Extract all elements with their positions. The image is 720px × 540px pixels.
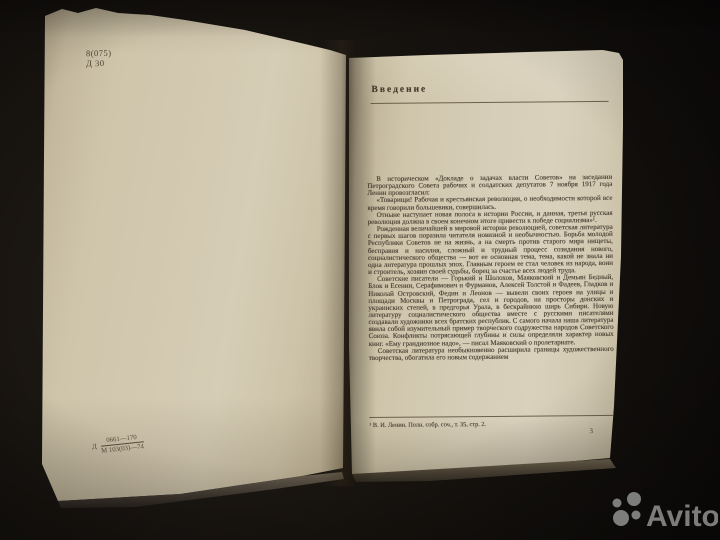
- left-page: 8(075) Д 30 Д 0661—170 М 103(03)—74: [40, 4, 348, 508]
- chapter-heading: Введение: [371, 85, 427, 95]
- page-number: 3: [589, 427, 593, 435]
- heading-rule: [371, 101, 609, 104]
- catalog-code-prefix: Д: [92, 443, 97, 451]
- footnote: ¹ В. И. Ленин. Полн. собр. соч., т. 35, …: [369, 420, 613, 429]
- body-paragraph: Советская литература необыкновенно расши…: [369, 346, 614, 362]
- right-page-content: Введение В историческом «Докладе о задач…: [346, 45, 628, 479]
- avito-watermark-text: Avito: [646, 500, 718, 533]
- stamp-line-2: Д 30: [86, 58, 112, 68]
- catalog-code-fraction: 0661—170 М 103(03)—74: [100, 433, 144, 455]
- body-paragraph: Советские писатели — Горький и Шолохов, …: [368, 274, 614, 348]
- footnote-rule: [369, 415, 613, 418]
- avito-watermark: Avito: [592, 486, 718, 534]
- catalog-code: Д 0661—170 М 103(03)—74: [91, 433, 144, 455]
- body-text: В историческом «Докладе о задачах власти…: [367, 174, 614, 362]
- library-stamp: 8(075) Д 30: [86, 48, 112, 68]
- book-photo: 8(075) Д 30 Д 0661—170 М 103(03)—74 Введ…: [0, 0, 720, 540]
- avito-logo-icon: [613, 492, 642, 526]
- body-paragraph: Рожденная величайшей в мировой истории р…: [368, 224, 613, 276]
- stamp-line-1: 8(075): [86, 48, 112, 58]
- right-page: Введение В историческом «Докладе о задач…: [348, 46, 626, 478]
